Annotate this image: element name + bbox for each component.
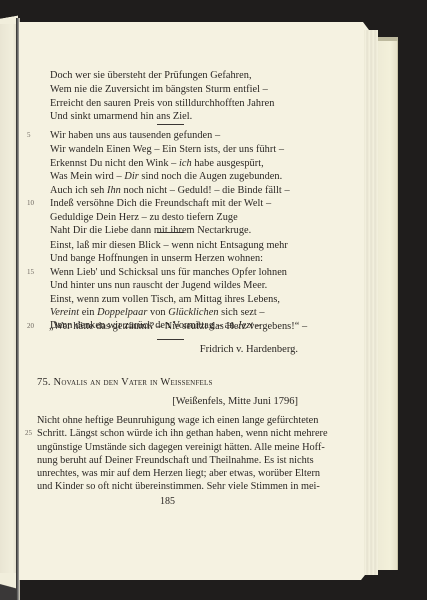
poem-line: Einst, wenn zum vollen Tisch, am Mittag … <box>50 293 280 306</box>
prose-line: und Kinder so oft nicht übereinstimmen. … <box>37 480 298 493</box>
line-number: 25 <box>25 427 32 440</box>
stanza-divider <box>157 339 184 340</box>
poem-line: Auch ich seh Ihn noch nicht – Geduld! – … <box>50 184 290 197</box>
text-segment: ein <box>79 307 97 318</box>
poem-line: Vereint ein Doppelpaar von Glücklichen s… <box>50 306 265 319</box>
line-number: 15 <box>27 266 34 279</box>
poem-line: Naht Dir die Liebe dann mit ihrem Nectar… <box>50 224 251 237</box>
text-segment: sich sezt – <box>219 307 265 318</box>
poem-line: Doch wer sie übersteht der Prüfungen Gef… <box>50 69 252 82</box>
italic-word: Ihn <box>107 185 121 196</box>
poem-line: Und sinkt umarmend hin ans Ziel. <box>50 110 192 123</box>
text-segment: habe ausgespürt, <box>192 158 264 169</box>
poem-line: „Wer hätte das geträumt? – Nie seufzt da… <box>49 320 307 333</box>
poem-line: Wem nie die Zuversicht im bängsten Sturm… <box>50 83 268 96</box>
letter-place-date: [Weißenfels, Mitte Juni 1796] <box>172 395 298 408</box>
line-number: 10 <box>27 197 34 210</box>
poem-line: Geduldige Dein Herz – zu desto tiefern Z… <box>50 211 238 224</box>
prose-line: Nicht ohne heftige Beunruhigung wage ich… <box>37 414 298 427</box>
prose-line: ungünstige Umstände sich dagegen vereini… <box>37 441 298 454</box>
poem-line: Was Mein wird – Dir sind noch die Augen … <box>50 170 282 183</box>
signature: Fridrich v. Hardenberg. <box>200 343 298 356</box>
poem-line: Wir haben uns aus tausenden gefunden – <box>50 129 220 142</box>
prose-line: nung beruht auf Deiner Freundschaft und … <box>37 454 298 467</box>
poem-line: Indeß versöhne Dich die Freundschaft mit… <box>50 197 271 210</box>
letter-heading: 75. Novalis an den Vater in Weissenfels <box>37 376 213 389</box>
italic-word: Dir <box>124 171 138 182</box>
italic-word: Doppelpaar <box>97 307 147 318</box>
page-number: 185 <box>160 495 175 508</box>
text-segment: von <box>147 307 168 318</box>
text-segment: Was Mein wird – <box>50 171 124 182</box>
text-segment: Erkennst Du nicht den Wink – <box>50 158 179 169</box>
poem-line: Und bange Hoffnungen in unserm Herzen wo… <box>50 252 263 265</box>
line-number: 20 <box>27 320 34 333</box>
page-content: Doch wer sie übersteht der Prüfungen Gef… <box>0 0 427 600</box>
italic-word: Vereint <box>50 307 79 318</box>
poem-line: Wir wandeln Einen Weg – Ein Stern ists, … <box>50 143 284 156</box>
italic-word: ich <box>179 158 192 169</box>
stanza-divider <box>157 232 184 233</box>
poem-line: Einst, laß mir diesen Blick – wenn nicht… <box>50 239 288 252</box>
poem-line: Wenn Lieb' und Schicksal uns für manches… <box>50 266 287 279</box>
text-segment: sind noch die Augen zugebunden. <box>139 171 282 182</box>
prose-line: unrechtes, was mir auf dem Herzen liegt;… <box>37 467 298 480</box>
text-segment: Auch ich seh <box>50 185 107 196</box>
poem-line: Erkennst Du nicht den Wink – ich habe au… <box>50 157 264 170</box>
poem-line: Und hinter uns nun rauscht der Jugend wi… <box>50 279 267 292</box>
poem-line: Erreicht den sauren Preis von stilldurch… <box>50 97 274 110</box>
stanza-divider <box>157 124 184 125</box>
text-segment: noch nicht – Geduld! – die Binde fällt – <box>121 185 290 196</box>
line-number: 5 <box>27 129 31 142</box>
italic-word: Glücklichen <box>168 307 218 318</box>
prose-line: Schritt. Längst schon würde ich ihn geth… <box>37 427 298 440</box>
